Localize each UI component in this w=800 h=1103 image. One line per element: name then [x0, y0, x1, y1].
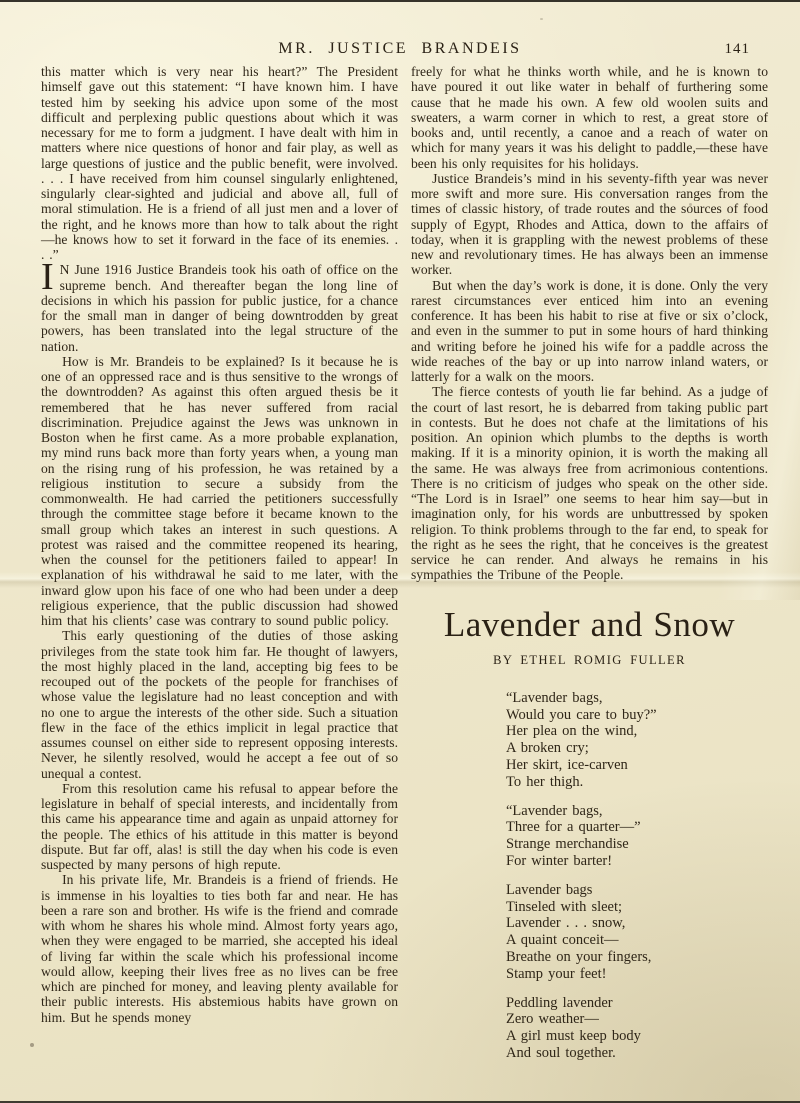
drop-cap: I — [41, 262, 60, 292]
article-paragraph: This early questioning of the duties of … — [41, 628, 398, 781]
poem-title: Lavender and Snow — [411, 606, 768, 644]
article-paragraph: In his private life, Mr. Brandeis is a f… — [41, 872, 398, 1025]
poem-stanza: Lavender bags Tinseled with sleet; Laven… — [506, 882, 768, 983]
running-head-title: MR. JUSTICE BRANDEIS — [0, 40, 800, 58]
poem-byline: BY ETHEL ROMIG FULLER — [411, 653, 768, 668]
poem-stanza: “Lavender bags, Would you care to buy?” … — [506, 690, 768, 791]
poem-section: Lavender and Snow BY ETHEL ROMIG FULLER … — [411, 606, 768, 1062]
poem-stanza: Peddling lavender Zero weather— A girl m… — [506, 995, 768, 1062]
article-paragraph: this matter which is very near his heart… — [41, 64, 398, 262]
left-column: this matter which is very near his heart… — [41, 64, 398, 1025]
article-paragraph: How is Mr. Brandeis to be explained? Is … — [41, 354, 398, 629]
paper-speck — [540, 18, 543, 20]
article-paragraph: freely for what he thinks worth while, a… — [411, 64, 768, 171]
article-paragraph: The fierce contests of youth lie far beh… — [411, 384, 768, 582]
article-paragraph: Justice Brandeis’s mind in his seventy-f… — [411, 171, 768, 278]
page-top-edge — [0, 0, 800, 2]
article-paragraph: But when the day’s work is done, it is d… — [411, 278, 768, 385]
article-paragraph: IN June 1916 Justice Brandeis took his o… — [41, 262, 398, 354]
paper-speck — [30, 1043, 34, 1047]
poem-stanzas: “Lavender bags, Would you care to buy?” … — [506, 690, 768, 1062]
article-paragraph: From this resolution came his refusal to… — [41, 781, 398, 873]
running-head: MR. JUSTICE BRANDEIS 141 — [0, 40, 800, 60]
poem-stanza: “Lavender bags, Three for a quarter—” St… — [506, 803, 768, 870]
scanned-magazine-page: MR. JUSTICE BRANDEIS 141 this matter whi… — [0, 0, 800, 1103]
right-column: freely for what he thinks worth while, a… — [411, 64, 768, 1074]
paragraph-text: N June 1916 Justice Brandeis took his oa… — [41, 262, 398, 353]
page-number: 141 — [725, 41, 751, 58]
